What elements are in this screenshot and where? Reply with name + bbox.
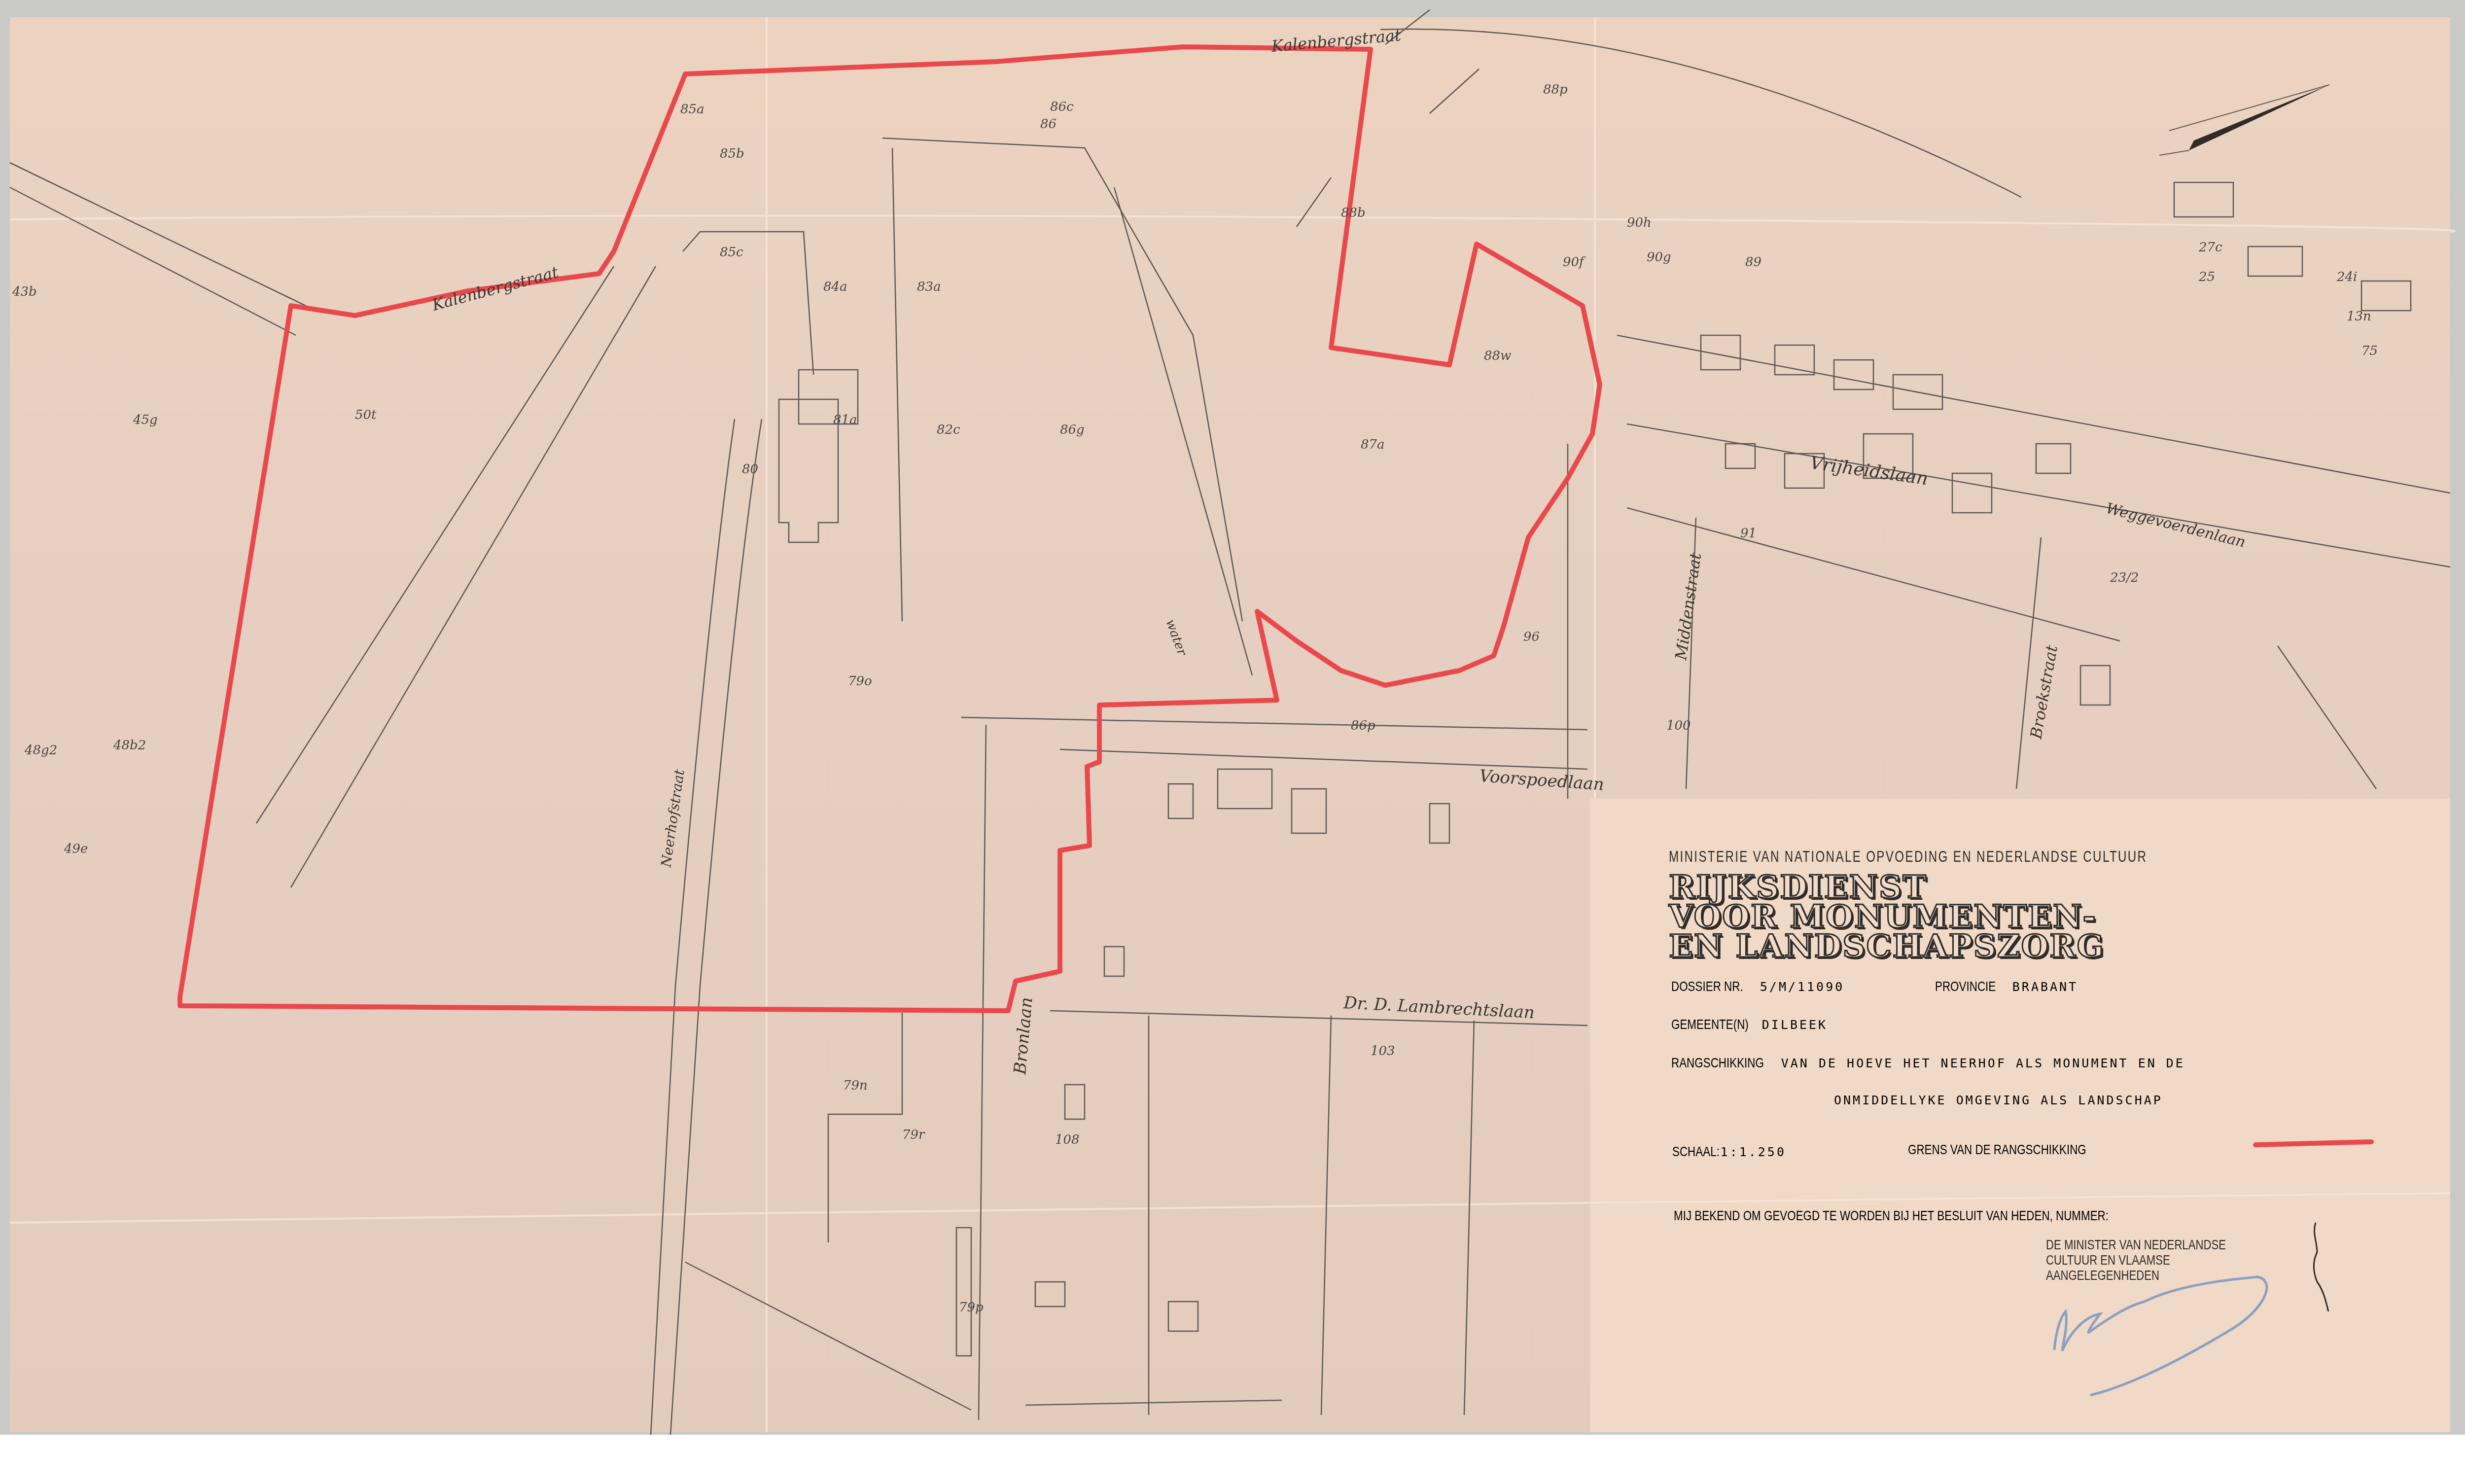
signatory-line-2: CULTUUR EN VLAAMSE — [2046, 1253, 2226, 1268]
street-lambrechtslaan: Dr. D. Lambrechtslaan — [1343, 993, 1535, 1023]
street-bronlaan: Bronlaan — [1010, 996, 1037, 1076]
svg-text:79p: 79p — [959, 1300, 984, 1315]
known-statement: MIJ BEKEND OM GEVOEGD TE WORDEN BIJ HET … — [1674, 1208, 2109, 1224]
svg-text:50t: 50t — [355, 408, 377, 423]
svg-text:43b: 43b — [12, 284, 37, 299]
svg-text:96: 96 — [1523, 630, 1540, 644]
svg-text:100: 100 — [1666, 718, 1691, 733]
initials-mark — [2314, 1223, 2328, 1311]
dossier-value: 5/M/11090 — [1760, 980, 1844, 994]
signature — [2054, 1277, 2267, 1395]
svg-text:79o: 79o — [848, 674, 872, 689]
ministry-name: MINISTERIE VAN NATIONALE OPVOEDING EN NE… — [1669, 848, 2292, 866]
svg-text:86g: 86g — [1060, 423, 1085, 437]
svg-text:108: 108 — [1055, 1132, 1080, 1147]
classification-row-2: ONMIDDELLYKE OMGEVING ALS LANDSCHAP — [1834, 1092, 2163, 1108]
signatory-line-3: AANGELEGENHEDEN — [2046, 1268, 2226, 1283]
signatory-line-1: DE MINISTER VAN NEDERLANDSE — [2046, 1237, 2226, 1253]
svg-text:48g2: 48g2 — [24, 743, 57, 758]
svg-text:82c: 82c — [937, 423, 960, 437]
street-kalenbergstraat-west: Kalenbergstraat — [429, 263, 561, 315]
svg-text:85a: 85a — [680, 102, 704, 117]
svg-text:75: 75 — [2361, 344, 2378, 358]
svg-text:84a: 84a — [823, 280, 847, 294]
north-arrow-icon — [2159, 85, 2329, 155]
svg-text:91: 91 — [1740, 526, 1757, 541]
statement-row: MIJ BEKEND OM GEVOEGD TE WORDEN BIJ HET … — [1674, 1208, 2218, 1224]
svg-text:88b: 88b — [1341, 206, 1366, 220]
svg-text:90g: 90g — [1647, 250, 1671, 265]
classification-value-1: VAN DE HOEVE HET NEERHOF ALS MONUMENT EN… — [1781, 1056, 2185, 1070]
scale-value: 1:1.250 — [1721, 1145, 1786, 1159]
svg-text:89: 89 — [1745, 255, 1761, 270]
scale-label: SCHAAL: — [1672, 1144, 1720, 1160]
svg-text:88w: 88w — [1484, 349, 1511, 363]
street-middenstraat: Middenstraat — [1671, 552, 1705, 662]
scale-row: SCHAAL: 1:1.250 — [1672, 1144, 1786, 1160]
svg-text:27c: 27c — [2198, 240, 2222, 255]
svg-text:79r: 79r — [902, 1128, 925, 1142]
street-vrijheidslaan: Vrijheidslaan — [1809, 453, 1929, 489]
signatory-block: DE MINISTER VAN NEDERLANDSE CULTUUR EN V… — [2046, 1237, 2226, 1283]
classification-row: RANGSCHIKKING VAN DE HOEVE HET NEERHOF A… — [1671, 1055, 2185, 1071]
municipality-value: DILBEEK — [1762, 1018, 1828, 1032]
legend-label: GRENS VAN DE RANGSCHIKKING — [1908, 1142, 2086, 1158]
svg-text:87a: 87a — [1361, 437, 1385, 452]
svg-text:103: 103 — [1371, 1044, 1395, 1059]
province-row: PROVINCIE BRABANT — [1935, 979, 2078, 994]
province-label: PROVINCIE — [1935, 979, 1996, 994]
street-voorspoedlaan: Voorspoedlaan — [1479, 766, 1605, 795]
svg-text:88p: 88p — [1543, 82, 1568, 97]
svg-text:86p: 86p — [1351, 718, 1375, 733]
svg-text:49e: 49e — [64, 842, 88, 856]
svg-text:48b2: 48b2 — [113, 738, 146, 753]
svg-text:80: 80 — [742, 462, 758, 477]
svg-text:24i: 24i — [2336, 270, 2357, 284]
street-broekstraat: Broekstraat — [2026, 644, 2061, 741]
agency-name: RIJKSDIENST VOOR MONUMENTEN- EN LANDSCHA… — [1669, 873, 2465, 961]
svg-text:83a: 83a — [917, 280, 941, 294]
svg-text:25: 25 — [2198, 270, 2215, 284]
classification-label: RANGSCHIKKING — [1671, 1055, 1764, 1071]
street-neerhofstraat: Neerhofstraat — [658, 768, 688, 869]
classification-boundary — [180, 47, 1600, 1011]
svg-text:86: 86 — [1040, 117, 1056, 132]
parcel-labels: 85a 85b 85c 84a 83a 86c 86 86g 86p 87a 8… — [12, 82, 2378, 1315]
legend-row: GRENS VAN DE RANGSCHIKKING — [1908, 1142, 2131, 1158]
title-block: MINISTERIE VAN NATIONALE OPVOEDING EN NE… — [1669, 848, 2465, 961]
classification-value-2: ONMIDDELLYKE OMGEVING ALS LANDSCHAP — [1834, 1093, 2163, 1107]
province-value: BRABANT — [2012, 980, 2078, 994]
svg-text:81a: 81a — [833, 413, 857, 427]
dossier-label: DOSSIER NR. — [1671, 979, 1743, 994]
svg-text:86c: 86c — [1050, 100, 1074, 114]
water-label: water — [1162, 617, 1190, 658]
svg-text:79n: 79n — [843, 1078, 868, 1093]
svg-text:23/2: 23/2 — [2110, 570, 2139, 585]
svg-text:85c: 85c — [720, 245, 743, 260]
dossier-row: DOSSIER NR. 5/M/11090 — [1671, 979, 1844, 994]
svg-text:45g: 45g — [133, 413, 158, 427]
municipality-row: GEMEENTE(N) DILBEEK — [1671, 1017, 1828, 1032]
svg-text:90f: 90f — [1563, 255, 1586, 270]
svg-text:85b: 85b — [720, 146, 744, 161]
municipality-label: GEMEENTE(N) — [1671, 1017, 1749, 1032]
svg-text:90h: 90h — [1627, 215, 1652, 230]
svg-text:13n: 13n — [2347, 309, 2371, 324]
street-weggevoerdenlaan: Weggevoerdenlaan — [2104, 500, 2247, 551]
